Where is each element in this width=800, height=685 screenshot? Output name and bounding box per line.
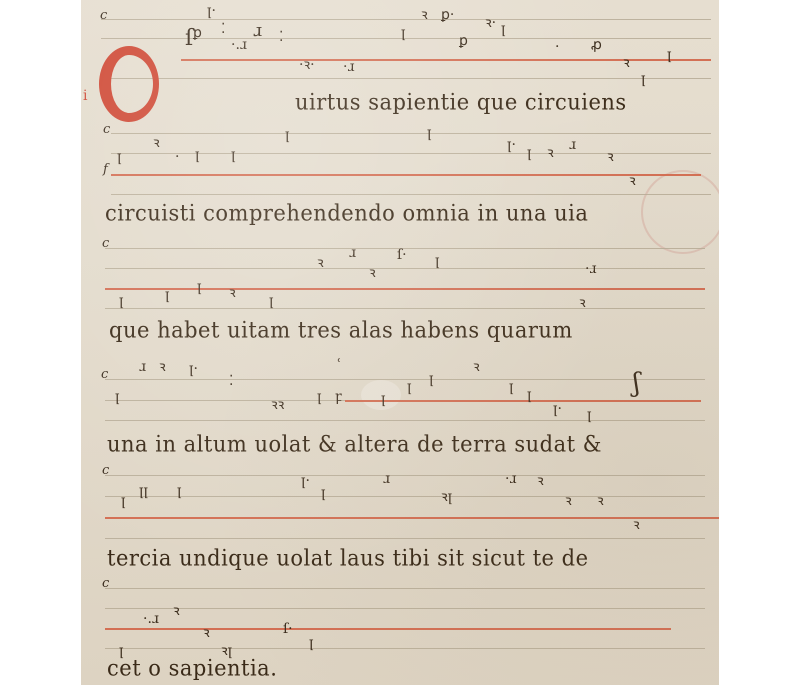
lyric-line-3: que habet uitam tres alas habens quarum <box>109 317 573 342</box>
staff-line <box>105 308 705 309</box>
neume: ꝛ <box>369 266 376 280</box>
staff-line-c <box>101 19 711 20</box>
neume: ꞁ <box>509 380 513 394</box>
neume: ꝛꞁ <box>441 490 452 504</box>
neume: ꝛ <box>537 474 544 488</box>
staff-line <box>105 648 705 649</box>
neume: ꞁ <box>381 392 385 406</box>
staff-line-c <box>105 379 705 380</box>
neume: ·.ɹ <box>231 38 247 52</box>
f-clef: f <box>103 162 108 177</box>
neume: ꝓ <box>591 38 602 52</box>
neume: ꞁ <box>401 26 405 40</box>
neume: · <box>175 150 179 164</box>
neume: ꝛ <box>421 8 428 22</box>
neume: ſ· <box>283 622 293 636</box>
neume: ꝛ <box>623 56 630 70</box>
c-clef: c <box>102 463 109 478</box>
neume: ⁚ <box>221 22 225 36</box>
neume: ꞁ <box>427 126 431 140</box>
neume: ɹ <box>253 22 262 40</box>
neume: ꞁ <box>429 372 433 386</box>
neume: ꞁ <box>527 388 531 402</box>
neume: ꞁ· <box>189 362 198 376</box>
staff-line-f-red <box>105 628 671 630</box>
neume: ꝛ <box>565 494 572 508</box>
neume: ꞁ <box>501 22 505 36</box>
c-clef: c <box>101 367 108 382</box>
neume: ꝛ <box>317 256 324 270</box>
lyric-line-5: tercia undique uolat laus tibi sit sicut… <box>107 545 589 570</box>
margin-mark: i <box>83 88 87 104</box>
neume: ꞁ <box>587 408 591 422</box>
neume: ·ɹ <box>585 262 596 276</box>
neume: ꞁ· <box>207 4 216 18</box>
neume: ꞁ <box>195 148 199 162</box>
neume: ꝑ <box>459 34 468 48</box>
neume: ɹ <box>349 246 356 260</box>
neume: ꞁ <box>197 280 201 294</box>
neume: ꞁ <box>667 48 671 62</box>
initial-letter-o <box>99 46 159 122</box>
neume: ꝼ <box>335 390 342 404</box>
neume: ɹ <box>569 138 576 152</box>
neume: ꞁ <box>407 380 411 394</box>
neume: ꝛ <box>597 494 604 508</box>
staff-line-c <box>105 588 705 589</box>
neume: ꝛꝛ <box>271 398 284 412</box>
staff-line-f-red <box>181 59 711 61</box>
c-clef: c <box>100 8 107 23</box>
neume: ꞁ <box>115 390 119 404</box>
neume: ꝛ· <box>485 16 496 30</box>
neume: ꞁ· <box>301 474 310 488</box>
neume: · <box>555 40 559 54</box>
staff-line <box>105 268 705 269</box>
staff-line-f-red <box>105 517 719 519</box>
staff-line-f-red <box>105 288 705 290</box>
staff-line <box>101 78 711 79</box>
neume: ꝛ <box>473 360 480 374</box>
neume: ·ɹ <box>343 60 354 74</box>
neume: ꞁ <box>321 486 325 500</box>
neume: ꞁ <box>177 484 181 498</box>
neume: ſ· <box>397 248 407 262</box>
neume: ꞁ <box>117 150 121 164</box>
neume: ʃ <box>633 370 640 396</box>
neume: ꞁ <box>231 148 235 162</box>
staff-line-c <box>111 133 711 134</box>
neume: ꝛ <box>203 626 210 640</box>
neume: ꞁꞁ <box>139 484 148 498</box>
neume: ꞁ <box>165 288 169 302</box>
c-clef: c <box>102 236 109 251</box>
lyric-line-2: circuisti comprehendendo omnia in una ui… <box>105 200 588 225</box>
neume: ɹ <box>139 360 146 374</box>
neume: ꝑ· <box>441 8 454 22</box>
manuscript-page: c i ſ ꝑ ꞁ· ⁚ ·.ɹ ɹ ⁚ ·ꝛ· ·ɹ ꞁ ꝛ ꝑ· ꝑ ꝛ· … <box>81 0 719 685</box>
neume: ⁚ <box>229 374 233 388</box>
neume: ꝛ <box>153 136 160 150</box>
parchment-stain <box>641 170 719 254</box>
neume: ꝑ <box>193 26 202 40</box>
staff-line <box>111 194 711 195</box>
neume: ꞁ <box>269 294 273 308</box>
neume: ꝛ <box>159 360 166 374</box>
staff-line-f-red <box>111 174 701 176</box>
lyric-line-6: cet o sapientia. <box>107 655 277 680</box>
c-clef: c <box>103 122 110 137</box>
neume: ꞁ <box>527 146 531 160</box>
staff-line <box>105 496 705 497</box>
neume: ꝛ <box>173 604 180 618</box>
neume: ·ɹ <box>505 472 516 486</box>
neume: ꞁ <box>309 636 313 650</box>
neume: ·.ɹ <box>143 612 159 626</box>
c-clef: c <box>102 576 109 591</box>
neume: ꝛ <box>607 150 614 164</box>
neume: ꝛ <box>229 286 236 300</box>
lyric-line-1: uirtus sapientie que circuiens <box>295 89 627 114</box>
neume: ɹ <box>383 472 390 486</box>
neume: ꞁ <box>119 294 123 308</box>
staff-line <box>111 153 711 154</box>
neume: ꝛ <box>633 518 640 532</box>
neume: ·ꝛ· <box>299 58 315 72</box>
neume: ꝛ <box>547 146 554 160</box>
staff-line <box>105 538 705 539</box>
neume: ʿ <box>337 358 341 372</box>
staff-line-f-red <box>345 400 701 402</box>
neume: ꞁ <box>317 390 321 404</box>
neume: ꞁ· <box>553 402 562 416</box>
staff-line <box>105 420 705 421</box>
staff-line-c <box>105 475 705 476</box>
neume: ſ <box>185 28 193 50</box>
neume: ꞁ <box>641 72 645 86</box>
neume: ꝛ <box>579 296 586 310</box>
staff-line <box>105 400 345 401</box>
neume: ꞁ· <box>507 138 516 152</box>
neume: ⁚ <box>279 30 283 44</box>
neume: ꞁ <box>435 254 439 268</box>
neume: ꞁ <box>285 128 289 142</box>
lyric-line-4: una in altum uolat & altera de terra sud… <box>107 431 602 456</box>
staff-line <box>105 608 705 609</box>
neume: ꞁ <box>121 494 125 508</box>
neume: ꝛ <box>629 174 636 188</box>
